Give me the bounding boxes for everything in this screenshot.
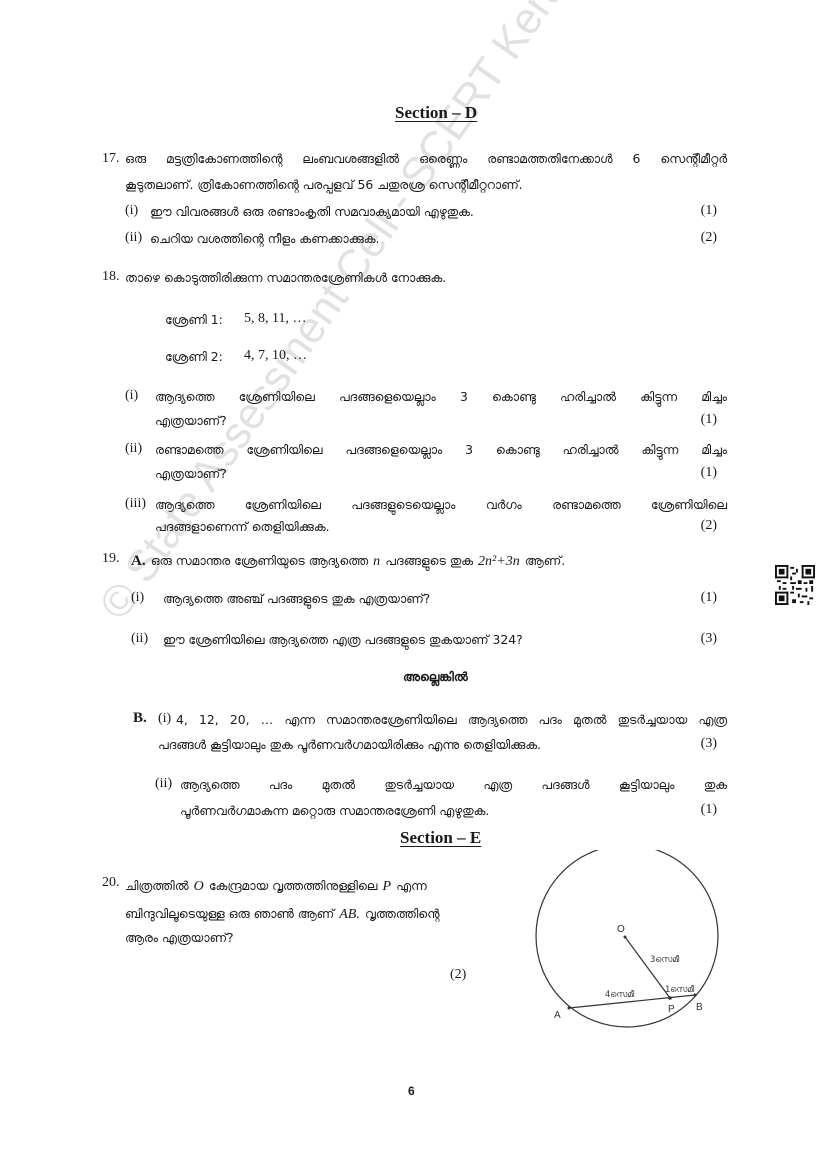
q19-part-a: A. ഒരു സമാന്തര ശ്രേണിയുടെ ആദ്യത്തെ n പദങ… — [131, 550, 565, 570]
q19-a2-text: ഈ ശ്രേണിയിലെ ആദ്യത്തെ എത്ര പദങ്ങളുടെ തുക… — [163, 632, 523, 648]
q19-a-expr: 2n²+3n — [478, 554, 520, 569]
q20-line2-pre: ബിന്ദുവിലൂടെയുള്ള ഒരു ഞാൺ ആണ് — [125, 906, 334, 921]
q18-part3-label: (iii) — [125, 496, 146, 512]
label-pb-length: 1സെമീ — [665, 984, 694, 995]
q18-series1-label: ശ്രേണി 1: — [165, 312, 223, 328]
point-a — [568, 1007, 571, 1010]
q20-number: 20. — [102, 875, 120, 891]
center-point — [624, 936, 627, 939]
q18-part3-marks: (2) — [701, 518, 717, 534]
label-ap-length: 4സെമീ — [605, 989, 634, 1000]
q19-a-text-pre: ഒരു സമാന്തര ശ്രേണിയുടെ ആദ്യത്തെ — [151, 553, 368, 568]
q20-line1-pre: ചിത്രത്തിൽ — [125, 878, 189, 893]
section-e-title: Section – E — [400, 828, 481, 848]
q18-part2-label: (ii) — [125, 441, 142, 457]
q18-series1-values: 5, 8, 11, … — [244, 311, 306, 327]
q18-part2-line2: എത്രയാണ്? — [155, 466, 227, 482]
q19-a2-marks: (3) — [701, 631, 717, 647]
q18-part2-marks: (1) — [701, 465, 717, 481]
q19-b2-label: (ii) — [155, 776, 172, 792]
q19-b2-line2: പൂർണവർഗമാകുന്ന മറ്റൊരു സമാന്തരശ്രേണി എഴു… — [180, 803, 489, 819]
q20-line1-mid: കേന്ദ്രമായ വൃത്തത്തിനുള്ളിലെ — [209, 878, 377, 893]
q18-part1-line2: എത്രയാണ്? — [155, 413, 227, 429]
q19-a-text-mid: പദങ്ങളുടെ തുക — [385, 553, 473, 568]
q20-line1: ചിത്രത്തിൽ O കേന്ദ്രമായ വൃത്തത്തിനുള്ളില… — [125, 875, 427, 895]
label-op-length: 3സെമീ — [650, 954, 679, 965]
circle — [536, 850, 718, 1027]
q18-part1-marks: (1) — [701, 412, 717, 428]
or-label: അല്ലെങ്കിൽ — [403, 669, 468, 685]
point-p — [668, 996, 672, 1000]
q18-intro: താഴെ കൊടുത്തിരിക്കുന്ന സമാന്തരശ്രേണികൾ ന… — [125, 270, 446, 286]
q17-number: 17. — [102, 151, 120, 167]
q19-b2-line1: ആദ്യത്തെ പദം മുതൽ തുടർച്ചയായ എത്ര പദങ്ങൾ… — [180, 777, 727, 793]
circle-chord-diagram: O A B P 3സെമീ 4സെമീ 1സെമീ — [530, 850, 750, 1040]
exam-page: © State Assessment Cell - SCERT Kerala S… — [0, 0, 827, 1169]
q17-part1-text: ഈ വിവരങ്ങൾ ഒരു രണ്ടാംകൃതി സമവാക്യമായി എഴ… — [150, 204, 474, 220]
q17-line1: ഒരു മട്ടത്രികോണത്തിന്റെ ലംബവശങ്ങളിൽ ഒരെണ… — [125, 151, 727, 167]
q20-line2: ബിന്ദുവിലൂടെയുള്ള ഒരു ഞാൺ ആണ് AB. വൃത്തത… — [125, 903, 439, 923]
q19-a-var: n — [373, 554, 380, 569]
q20-line1-post: എന്ന — [396, 878, 427, 893]
q19-a2-label: (ii) — [131, 631, 148, 647]
q19-b1-marks: (3) — [701, 736, 717, 752]
label-p: P — [668, 1004, 675, 1015]
q18-series2-label: ശ്രേണി 2: — [165, 349, 223, 365]
qr-code[interactable] — [775, 565, 815, 605]
q18-part2-line1: രണ്ടാമത്തെ ശ്രേണിയിലെ പദങ്ങളെയെല്ലാം 3 ക… — [155, 442, 727, 458]
q17-part2-marks: (2) — [701, 230, 717, 246]
q17-part1-label: (i) — [125, 203, 138, 219]
radius-segment-op — [625, 937, 670, 998]
page-number: 6 — [408, 1084, 415, 1098]
q20-var-p: P — [382, 879, 391, 894]
label-b: B — [696, 1002, 703, 1013]
q20-line3: ആരം എത്രയാണ്? — [125, 930, 234, 946]
q17-part2-label: (ii) — [125, 230, 142, 246]
q19-a-text-post: ആണ്. — [525, 553, 565, 568]
q20-line2-post: വൃത്തത്തിന്റെ — [365, 906, 440, 921]
q19-a1-marks: (1) — [701, 590, 717, 606]
q19-a-label: A. — [131, 553, 146, 569]
q18-part1-label: (i) — [125, 388, 138, 404]
q17-line2: കൂടുതലാണ്. ത്രികോണത്തിന്റെ പരപ്പളവ് 56 ച… — [125, 177, 523, 193]
q18-part1-line1: ആദ്യത്തെ ശ്രേണിയിലെ പദങ്ങളെയെല്ലാം 3 കൊണ… — [155, 389, 727, 405]
q19-a1-label: (i) — [131, 590, 144, 606]
q19-b-label: B. — [133, 710, 147, 727]
q19-b2-marks: (1) — [701, 802, 717, 818]
q19-number: 19. — [102, 551, 120, 567]
q18-number: 18. — [102, 269, 120, 285]
q20-var-o: O — [194, 879, 204, 894]
q19-b1-line2: പദങ്ങൾ കൂട്ടിയാലും തുക പൂർണവർഗമായിരിക്കു… — [158, 737, 541, 753]
label-a: A — [554, 1010, 561, 1021]
q18-part3-line2: പദങ്ങളാണെന്ന് തെളിയിക്കുക. — [155, 519, 330, 535]
label-o: O — [617, 924, 625, 935]
q19-b1-line1: 4, 12, 20, … എന്ന സമാന്തരശ്രേണിയിലെ ആദ്യ… — [176, 712, 727, 728]
q20-marks: (2) — [450, 967, 466, 983]
q19-a1-text: ആദ്യത്തെ അഞ്ച് പദങ്ങളുടെ തുക എത്രയാണ്? — [163, 591, 430, 607]
q19-b1-label: (i) — [158, 711, 171, 727]
q18-series2-values: 4, 7, 10, … — [244, 348, 307, 364]
q17-part2-text: ചെറിയ വശത്തിന്റെ നീളം കണക്കാക്കുക. — [150, 231, 379, 247]
q18-part3-line1: ആദ്യത്തെ ശ്രേണിയിലെ പദങ്ങളുടെയെല്ലാം വർഗ… — [155, 497, 727, 513]
q17-part1-marks: (1) — [701, 203, 717, 219]
q20-var-ab: AB. — [339, 907, 360, 922]
section-d-title: Section – D — [395, 103, 477, 123]
